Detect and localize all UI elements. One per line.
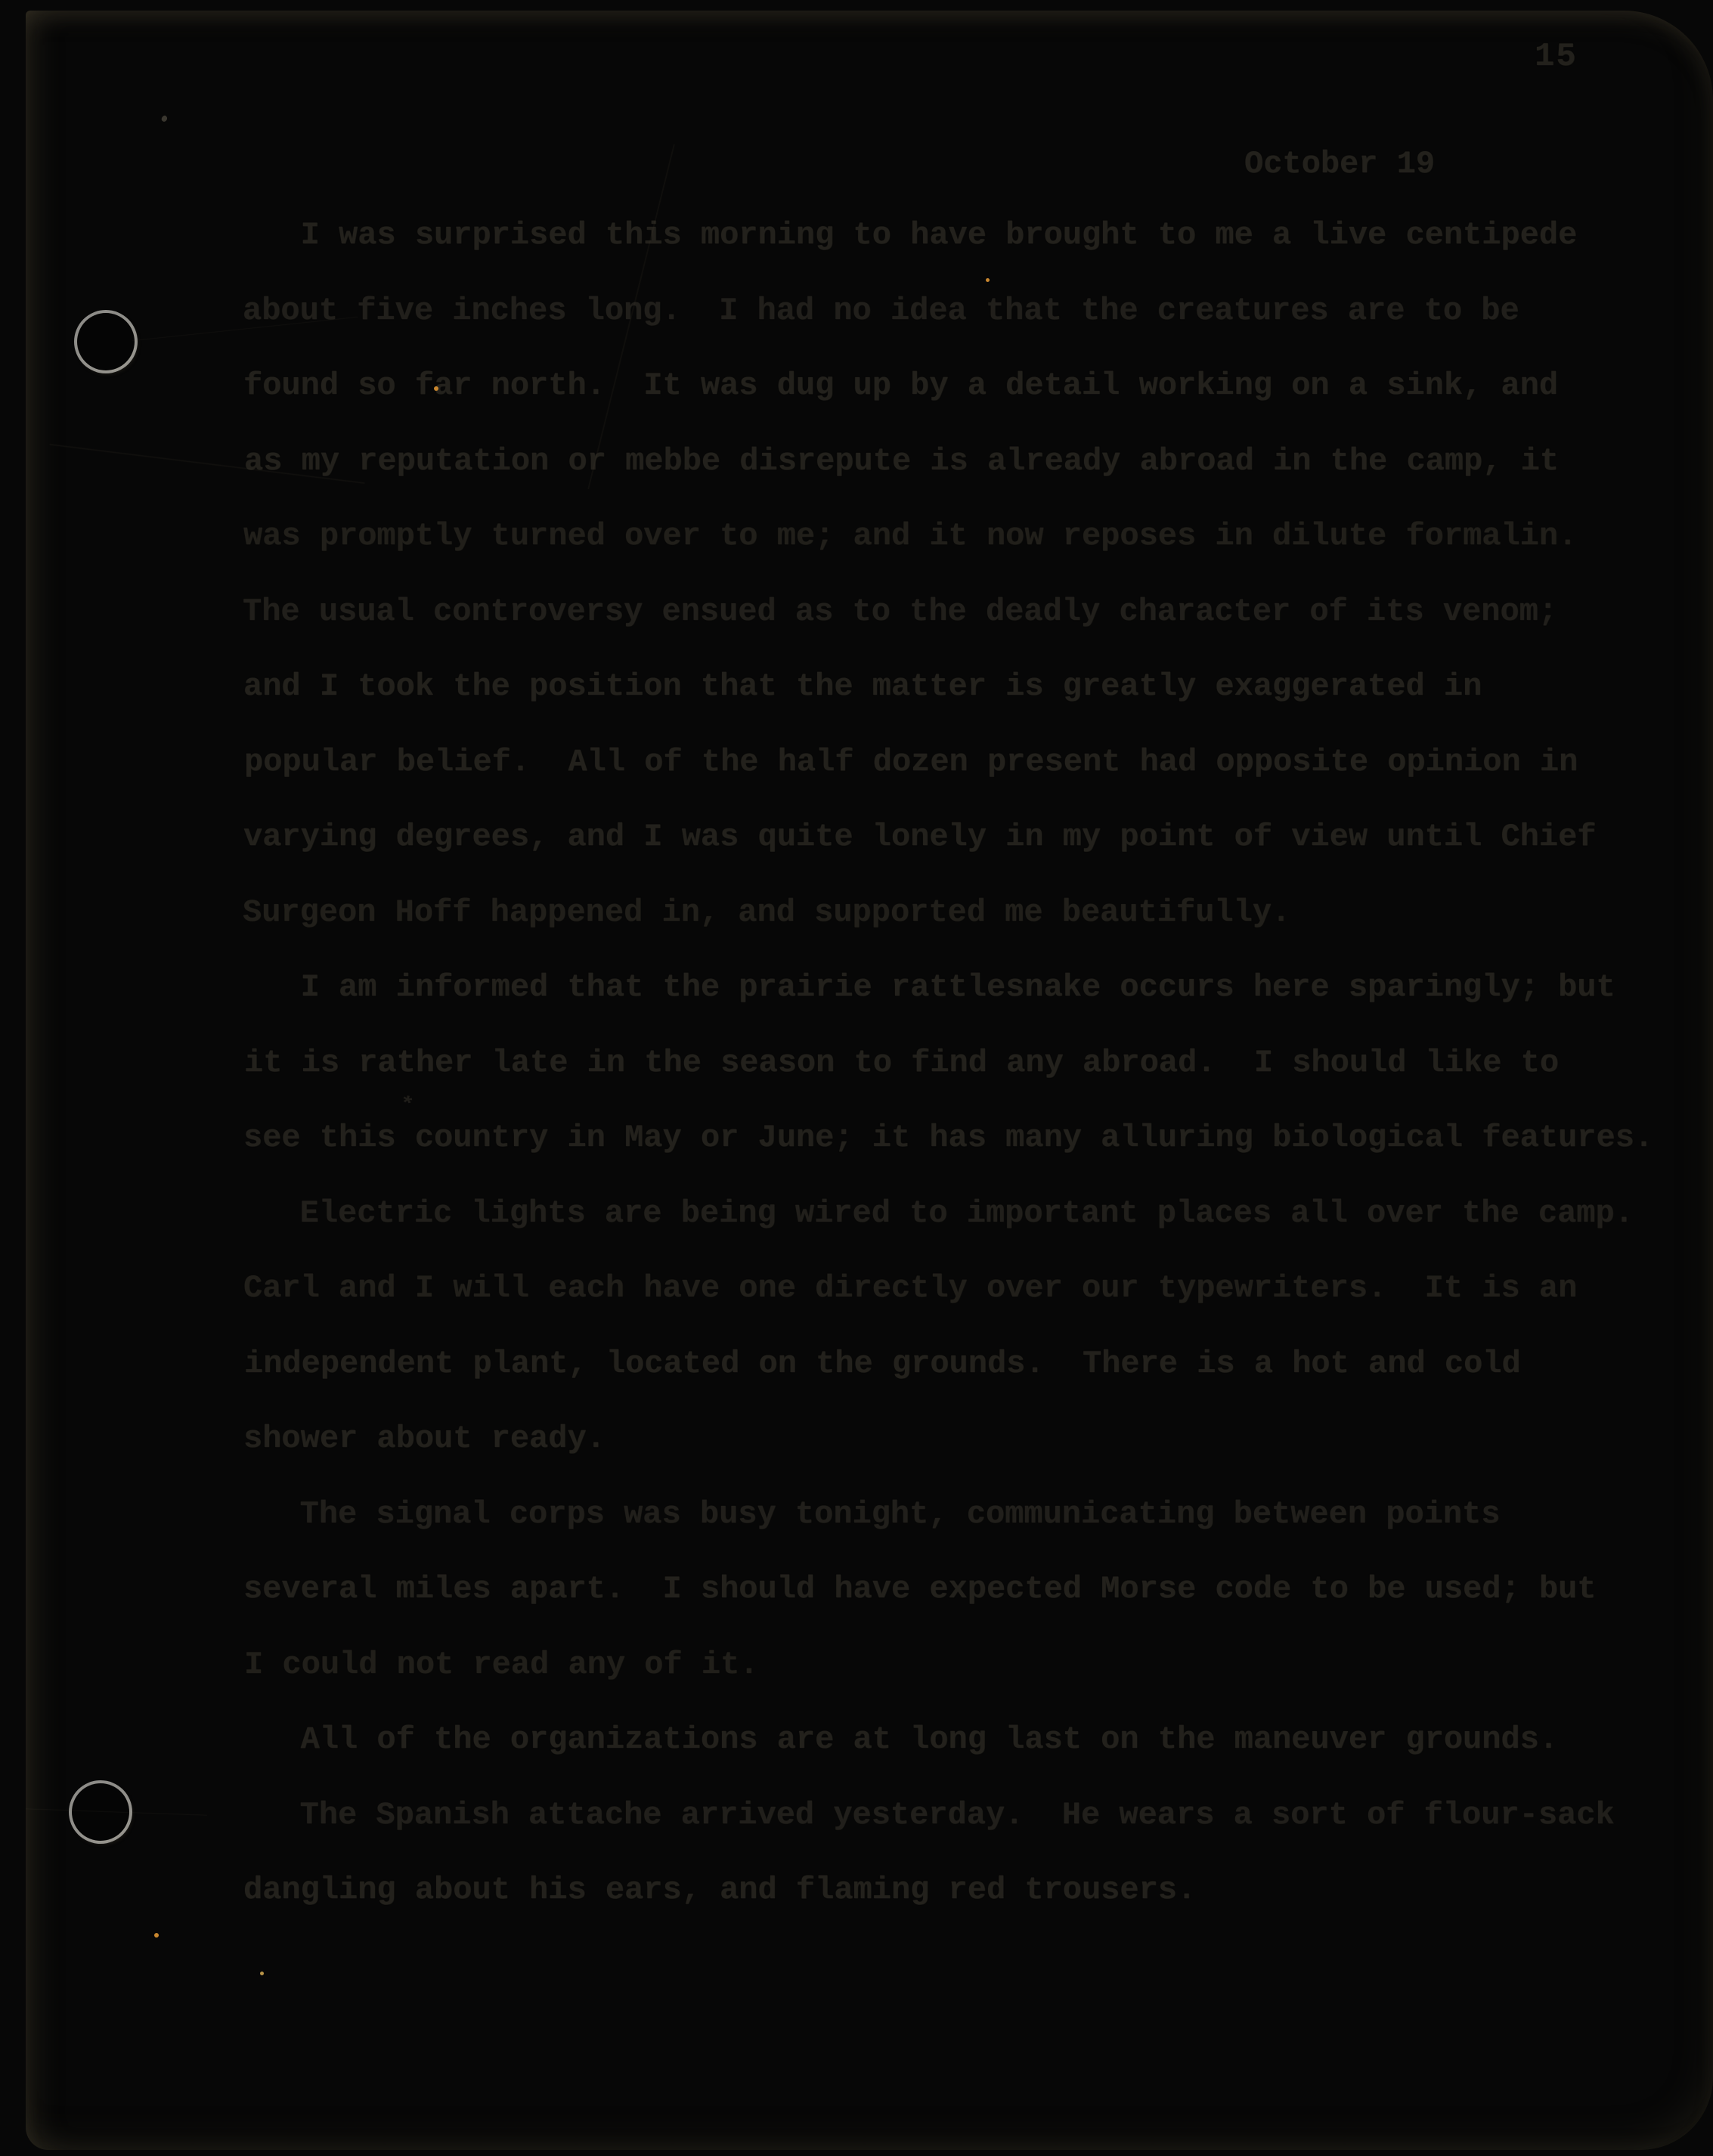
dust-speck (160, 115, 169, 123)
typewritten-line: I could not read any of it. (244, 1628, 1703, 1703)
typewritten-line: was promptly turned over to me; and it n… (243, 499, 1702, 575)
typewritten-line: The usual controversy ensued as to the d… (243, 575, 1702, 650)
typewritten-line: dangling about his ears, and flaming red… (243, 1853, 1702, 1928)
typewritten-line: I was surprised this morning to have bro… (243, 198, 1702, 274)
scan-backdrop: 15 October 19 I was surprised this morni… (0, 0, 1713, 2156)
punch-hole-bottom (72, 1783, 129, 1841)
typewritten-line: several miles apart. I should have expec… (243, 1552, 1702, 1628)
page-number: 15 (1535, 38, 1578, 76)
typewritten-line: independent plant, located on the ground… (244, 1327, 1703, 1402)
typewritten-line: about five inches long. I had no idea th… (243, 274, 1702, 349)
typewritten-line: and I took the position that the matter … (243, 649, 1702, 725)
dust-speck (434, 386, 438, 391)
typewritten-line: I am informed that the prairie rattlesna… (243, 950, 1702, 1026)
typewritten-line: as my reputation or mebbe disrepute is a… (244, 424, 1703, 500)
typewritten-line: popular belief. All of the half dozen pr… (244, 725, 1703, 801)
typewritten-line: The signal corps was busy tonight, commu… (243, 1477, 1702, 1553)
dust-speck (154, 1933, 159, 1938)
typewritten-line: it is rather late in the season to find … (244, 1026, 1703, 1101)
typewritten-line: found so far north. It was dug up by a d… (243, 348, 1702, 424)
typewritten-line: All of the organizations are at long las… (243, 1702, 1702, 1778)
typewritten-line: varying degrees, and I was quite lonely … (243, 800, 1702, 875)
typewritten-lines: I was surprised this morning to have bro… (243, 198, 1702, 1928)
dust-speck (986, 278, 990, 282)
typewritten-line: see this country in May or June; it has … (243, 1101, 1702, 1176)
typewritten-line: Carl and I will each have one directly o… (243, 1251, 1702, 1327)
typewritten-line: Surgeon Hoff happened in, and supported … (243, 875, 1702, 951)
date-heading: October 19 (1244, 146, 1435, 182)
typewritten-line: The Spanish attache arrived yesterday. H… (243, 1778, 1702, 1854)
punch-hole-top (77, 313, 135, 370)
dust-speck (260, 1972, 264, 1975)
scanned-page: 15 October 19 I was surprised this morni… (26, 11, 1713, 2150)
typewritten-line: shower about ready. (243, 1402, 1702, 1477)
typewritten-line: Electric lights are being wired to impor… (243, 1176, 1702, 1252)
